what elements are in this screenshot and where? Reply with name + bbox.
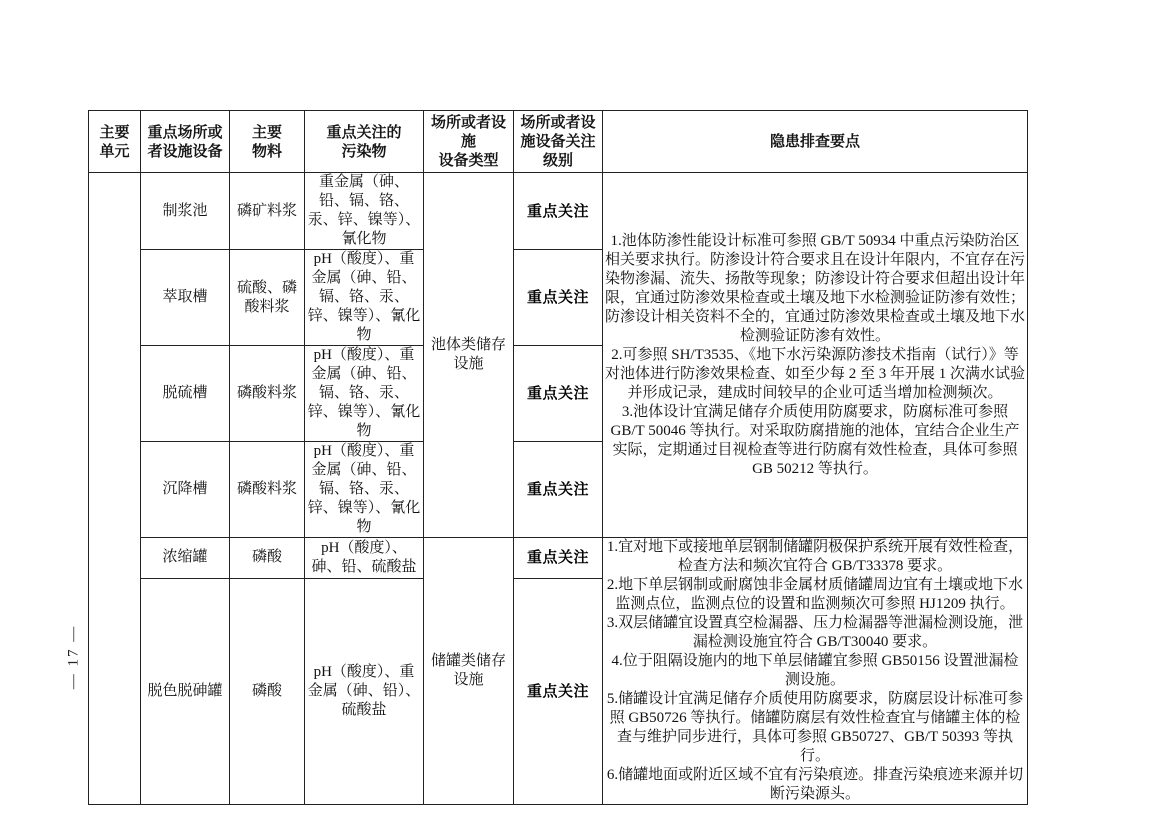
cell-place-name: 浓缩罐 — [141, 538, 230, 579]
cell-attention-level: 重点关注 — [514, 173, 603, 250]
cell-pollutants: pH（酸度）、重金属（砷、铅、镉、铬、汞、锌、镍等）、氰化物 — [305, 442, 424, 538]
cell-attention-level: 重点关注 — [514, 442, 603, 538]
cell-pollutants: pH（酸度）、重金属（砷、铅、镉、铬、汞、锌、镍等）、氰化物 — [305, 250, 424, 346]
cell-place-name: 萃取槽 — [141, 250, 230, 346]
header-attention-level: 场所或者设 施设备关注 级别 — [514, 111, 603, 173]
cell-inspection-points-tank: 1.宜对地下或接地单层钢制储罐阴极保护系统开展有效性检查，检查方法和频次宜符合 … — [603, 538, 1028, 805]
cell-inspection-points-pool: 1.池体防渗性能设计标准可参照 GB/T 50934 中重点污染防治区相关要求执… — [603, 173, 1028, 538]
cell-attention-level: 重点关注 — [514, 346, 603, 442]
cell-pollutants: pH（酸度）、重金属（砷、铅）、硫酸盐 — [305, 578, 424, 804]
table-header-row: 主要 单元 重点场所或 者设施设备 主要 物料 重点关注的 污染物 场所或者设施… — [89, 111, 1028, 173]
cell-attention-level: 重点关注 — [514, 578, 603, 804]
cell-pollutants: pH（酸度）、砷、铅、硫酸盐 — [305, 538, 424, 579]
cell-place-name: 脱硫槽 — [141, 346, 230, 442]
cell-facility-type-pool: 池体类储存设施 — [424, 173, 514, 538]
header-inspection-points: 隐患排查要点 — [603, 111, 1028, 173]
cell-material: 硫酸、磷酸料浆 — [230, 250, 305, 346]
cell-place-name: 制浆池 — [141, 173, 230, 250]
cell-material: 磷矿料浆 — [230, 173, 305, 250]
cell-material: 磷酸料浆 — [230, 346, 305, 442]
header-pollutants: 重点关注的 污染物 — [305, 111, 424, 173]
cell-place-name: 沉降槽 — [141, 442, 230, 538]
page-number: — 17 — — [66, 625, 83, 690]
header-main-unit: 主要 单元 — [89, 111, 141, 173]
cell-attention-level: 重点关注 — [514, 538, 603, 579]
cell-material: 磷酸料浆 — [230, 442, 305, 538]
cell-main-unit — [89, 173, 141, 805]
table-row: 制浆池 磷矿料浆 重金属（砷、铅、镉、铬、汞、锌、镍等）、氰化物 池体类储存设施… — [89, 173, 1028, 250]
header-facility-type: 场所或者设施 设备类型 — [424, 111, 514, 173]
cell-material: 磷酸 — [230, 578, 305, 804]
cell-pollutants: pH（酸度）、重金属（砷、铅、镉、铬、汞、锌、镍等）、氰化物 — [305, 346, 424, 442]
header-key-place: 重点场所或 者设施设备 — [141, 111, 230, 173]
inspection-table: 主要 单元 重点场所或 者设施设备 主要 物料 重点关注的 污染物 场所或者设施… — [88, 110, 1028, 805]
header-main-material: 主要 物料 — [230, 111, 305, 173]
cell-pollutants: 重金属（砷、铅、镉、铬、汞、锌、镍等）、氰化物 — [305, 173, 424, 250]
cell-place-name: 脱色脱砷罐 — [141, 578, 230, 804]
cell-material: 磷酸 — [230, 538, 305, 579]
table-row: 浓缩罐 磷酸 pH（酸度）、砷、铅、硫酸盐 储罐类储存设施 重点关注 1.宜对地… — [89, 538, 1028, 579]
cell-attention-level: 重点关注 — [514, 250, 603, 346]
document-page: — 17 — 主要 单元 重点场所或 者设施设备 主要 物料 重点关注的 污染物… — [0, 0, 1169, 826]
cell-facility-type-tank: 储罐类储存设施 — [424, 538, 514, 805]
